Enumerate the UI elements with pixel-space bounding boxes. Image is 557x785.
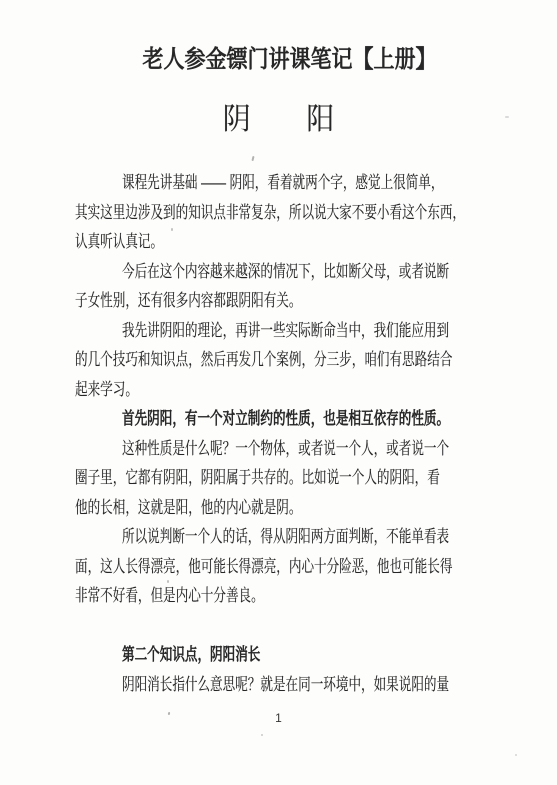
scan-speck: [171, 228, 173, 231]
text-line: 子女性别，还有很多内容都跟阴阳有关。: [75, 286, 432, 316]
text-line: 阴阳消长指什么意思呢？就是在同一环境中，如果说阳的量: [122, 670, 444, 700]
text-line: 其实这里边涉及到的知识点非常复杂，所以说大家不要小看这个东西，: [75, 198, 432, 228]
text-line: 所以说判断一个人的话，得从阴阳两方面判断，不能单看表: [122, 522, 444, 552]
section-heading: 阴 阳: [19, 102, 537, 138]
emphasis-line: 首先阴阳，有一个对立制约的性质，也是相互依存的性质。: [122, 404, 444, 434]
text-line: 面，这人长得漂亮，他可能长得漂亮，内心十分险恶，他也可能长得: [75, 552, 432, 582]
text-line: 今后在这个内容越来越深的情况下，比如断父母，或者说断: [122, 257, 444, 287]
page-number: 1: [0, 709, 557, 727]
scan-speck: [505, 116, 509, 118]
text-line: 的几个技巧和知识点，然后再发几个案例，分三步，咱们有思路结合: [75, 345, 432, 375]
scanned-page: 老人参金镖门讲课笔记【上册】 阴 阳 课程先讲基础 —— 阴阳，看着就两个字，感…: [0, 0, 557, 785]
body-text: 课程先讲基础 —— 阴阳，看着就两个字，感觉上很简单， 其实这里边涉及到的知识点…: [75, 168, 557, 699]
scan-speck: [261, 734, 263, 736]
text-line: 我先讲阴阳的理论，再讲一些实际断命当中，我们能应用到: [122, 316, 444, 346]
text-line: 他的长相，这就是阳，他的内心就是阴。: [75, 493, 432, 523]
scan-speck: [167, 580, 169, 583]
scan-speck: [515, 754, 517, 756]
text-line: 非常不好看，但是内心十分善良。: [75, 581, 432, 611]
text-line: 这种性质是什么呢？一个物体，或者说一个人，或者说一个: [122, 434, 444, 464]
text-line: 认真听认真记。: [75, 227, 432, 257]
text-line: 课程先讲基础 —— 阴阳，看着就两个字，感觉上很简单，: [122, 168, 444, 198]
scan-speck: [251, 156, 254, 161]
subheading-line: 第二个知识点，阴阳消长: [122, 640, 444, 670]
document-title: 老人参金镖门讲课笔记【上册】: [46, 44, 533, 76]
paragraph-gap: [75, 611, 557, 641]
text-line: 起来学习。: [75, 375, 432, 405]
text-line: 圈子里，它都有阴阳，阴阳属于共存的。比如说一个人的阴阳，看: [75, 463, 432, 493]
